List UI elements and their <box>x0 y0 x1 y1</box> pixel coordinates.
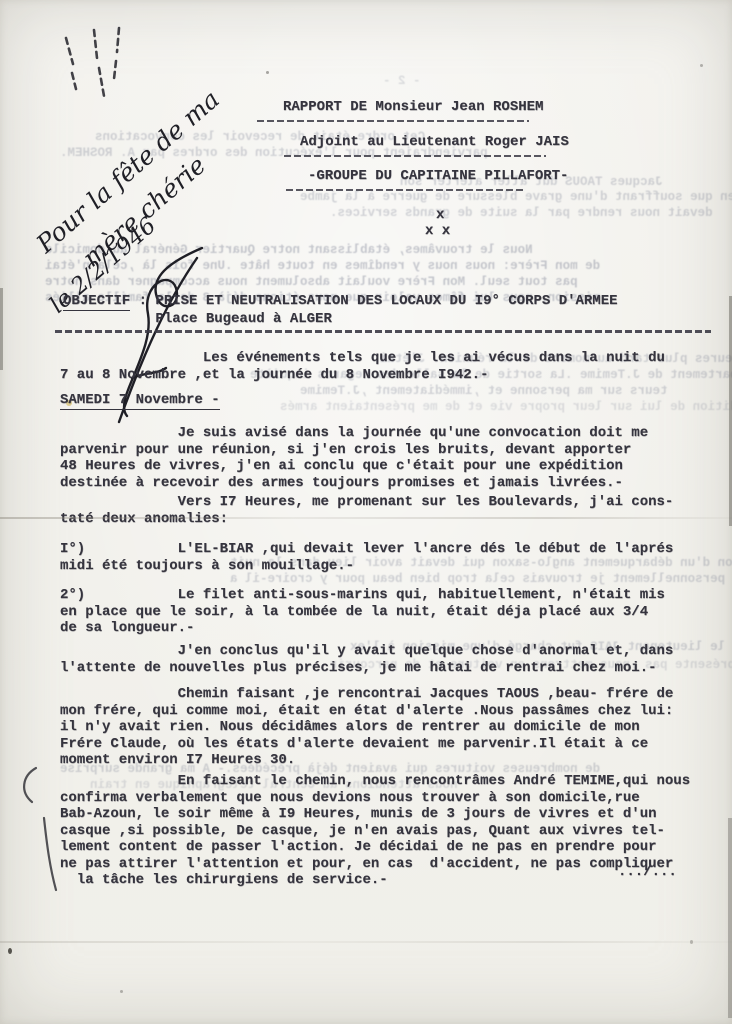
report-group: -GROUPE DU CAPITAINE PILLAFORT- <box>308 168 568 185</box>
continuation-mark: .../... <box>618 864 677 881</box>
bleedthrough-text: devait nous rendre par la suite de grand… <box>330 206 713 221</box>
paragraph-conclusion: J'en conclus qu'il y avait quelque chose… <box>60 643 673 676</box>
dashed-rule <box>284 155 546 157</box>
pen-scratch-strokes <box>66 28 119 96</box>
bleedthrough-text: teurs sur ma personne et ,immédiatement … <box>300 384 668 399</box>
objective-text: : PRISE ET NEUTRALISATION DES LOCAUX DU … <box>130 293 617 309</box>
dashed-rule <box>55 330 711 333</box>
bleedthrough-text: pédition de lui sur leur propre vie et d… <box>280 400 732 415</box>
objective-heading: OBJECTIF : PRISE ET NEUTRALISATION DES L… <box>63 293 618 310</box>
paragraph-chemin: Chemin faisant ,je rencontrai Jacques TA… <box>60 686 673 769</box>
paragraph-intro: Les événements tels que je les ai vécus … <box>60 350 665 383</box>
paragraph-temime: En faisant le chemin, nous rencontrâmes … <box>60 773 690 889</box>
report-title: RAPPORT DE Monsieur Jean ROSHEM <box>283 99 543 116</box>
pen-margin-marks <box>14 758 84 908</box>
objective-label: OBJECTIF <box>63 293 130 311</box>
objective-location: Place Bugeaud à ALGER <box>63 311 332 328</box>
report-subtitle: Adjoint au Lieutenant Roger JAIS <box>300 134 569 151</box>
typed-mark-x: x <box>436 207 444 224</box>
paper-speck <box>700 64 703 67</box>
edge-shadow <box>728 818 732 1018</box>
list-item-1: I°) L'EL-BIAR ,qui devait lever l'ancre … <box>60 541 673 574</box>
paper-speck <box>690 940 693 944</box>
paper-speck <box>8 948 12 954</box>
paragraph-convocation: Je suis avisé dans la journée qu'une con… <box>60 425 648 491</box>
bleedthrough-page-number: - 2 - <box>383 74 421 89</box>
bleedthrough-text: mais personnellement je trouvais cela tr… <box>230 572 732 587</box>
section-heading-samedi: SAMEDI 7 Novembre - <box>60 392 220 410</box>
dashed-rule <box>257 120 529 122</box>
list-item-2: 2°) Le filet anti-sous-marins qui, habit… <box>60 587 665 637</box>
typed-mark-xx: x x <box>425 223 450 240</box>
paper-speck <box>120 990 123 993</box>
bleedthrough-text: TAOUS qui, bien que souffrant d'une grav… <box>300 190 732 205</box>
edge-shadow <box>0 288 3 370</box>
paper-crease <box>0 941 732 943</box>
paragraph-anomalies: Vers I7 Heures, me promenant sur les Bou… <box>60 494 673 527</box>
paper-speck <box>266 71 269 74</box>
scanned-report-page: - 2 - Cet ordre était de recevoir les co… <box>0 0 732 1024</box>
paper-crease <box>0 517 732 519</box>
dashed-rule <box>286 189 524 191</box>
